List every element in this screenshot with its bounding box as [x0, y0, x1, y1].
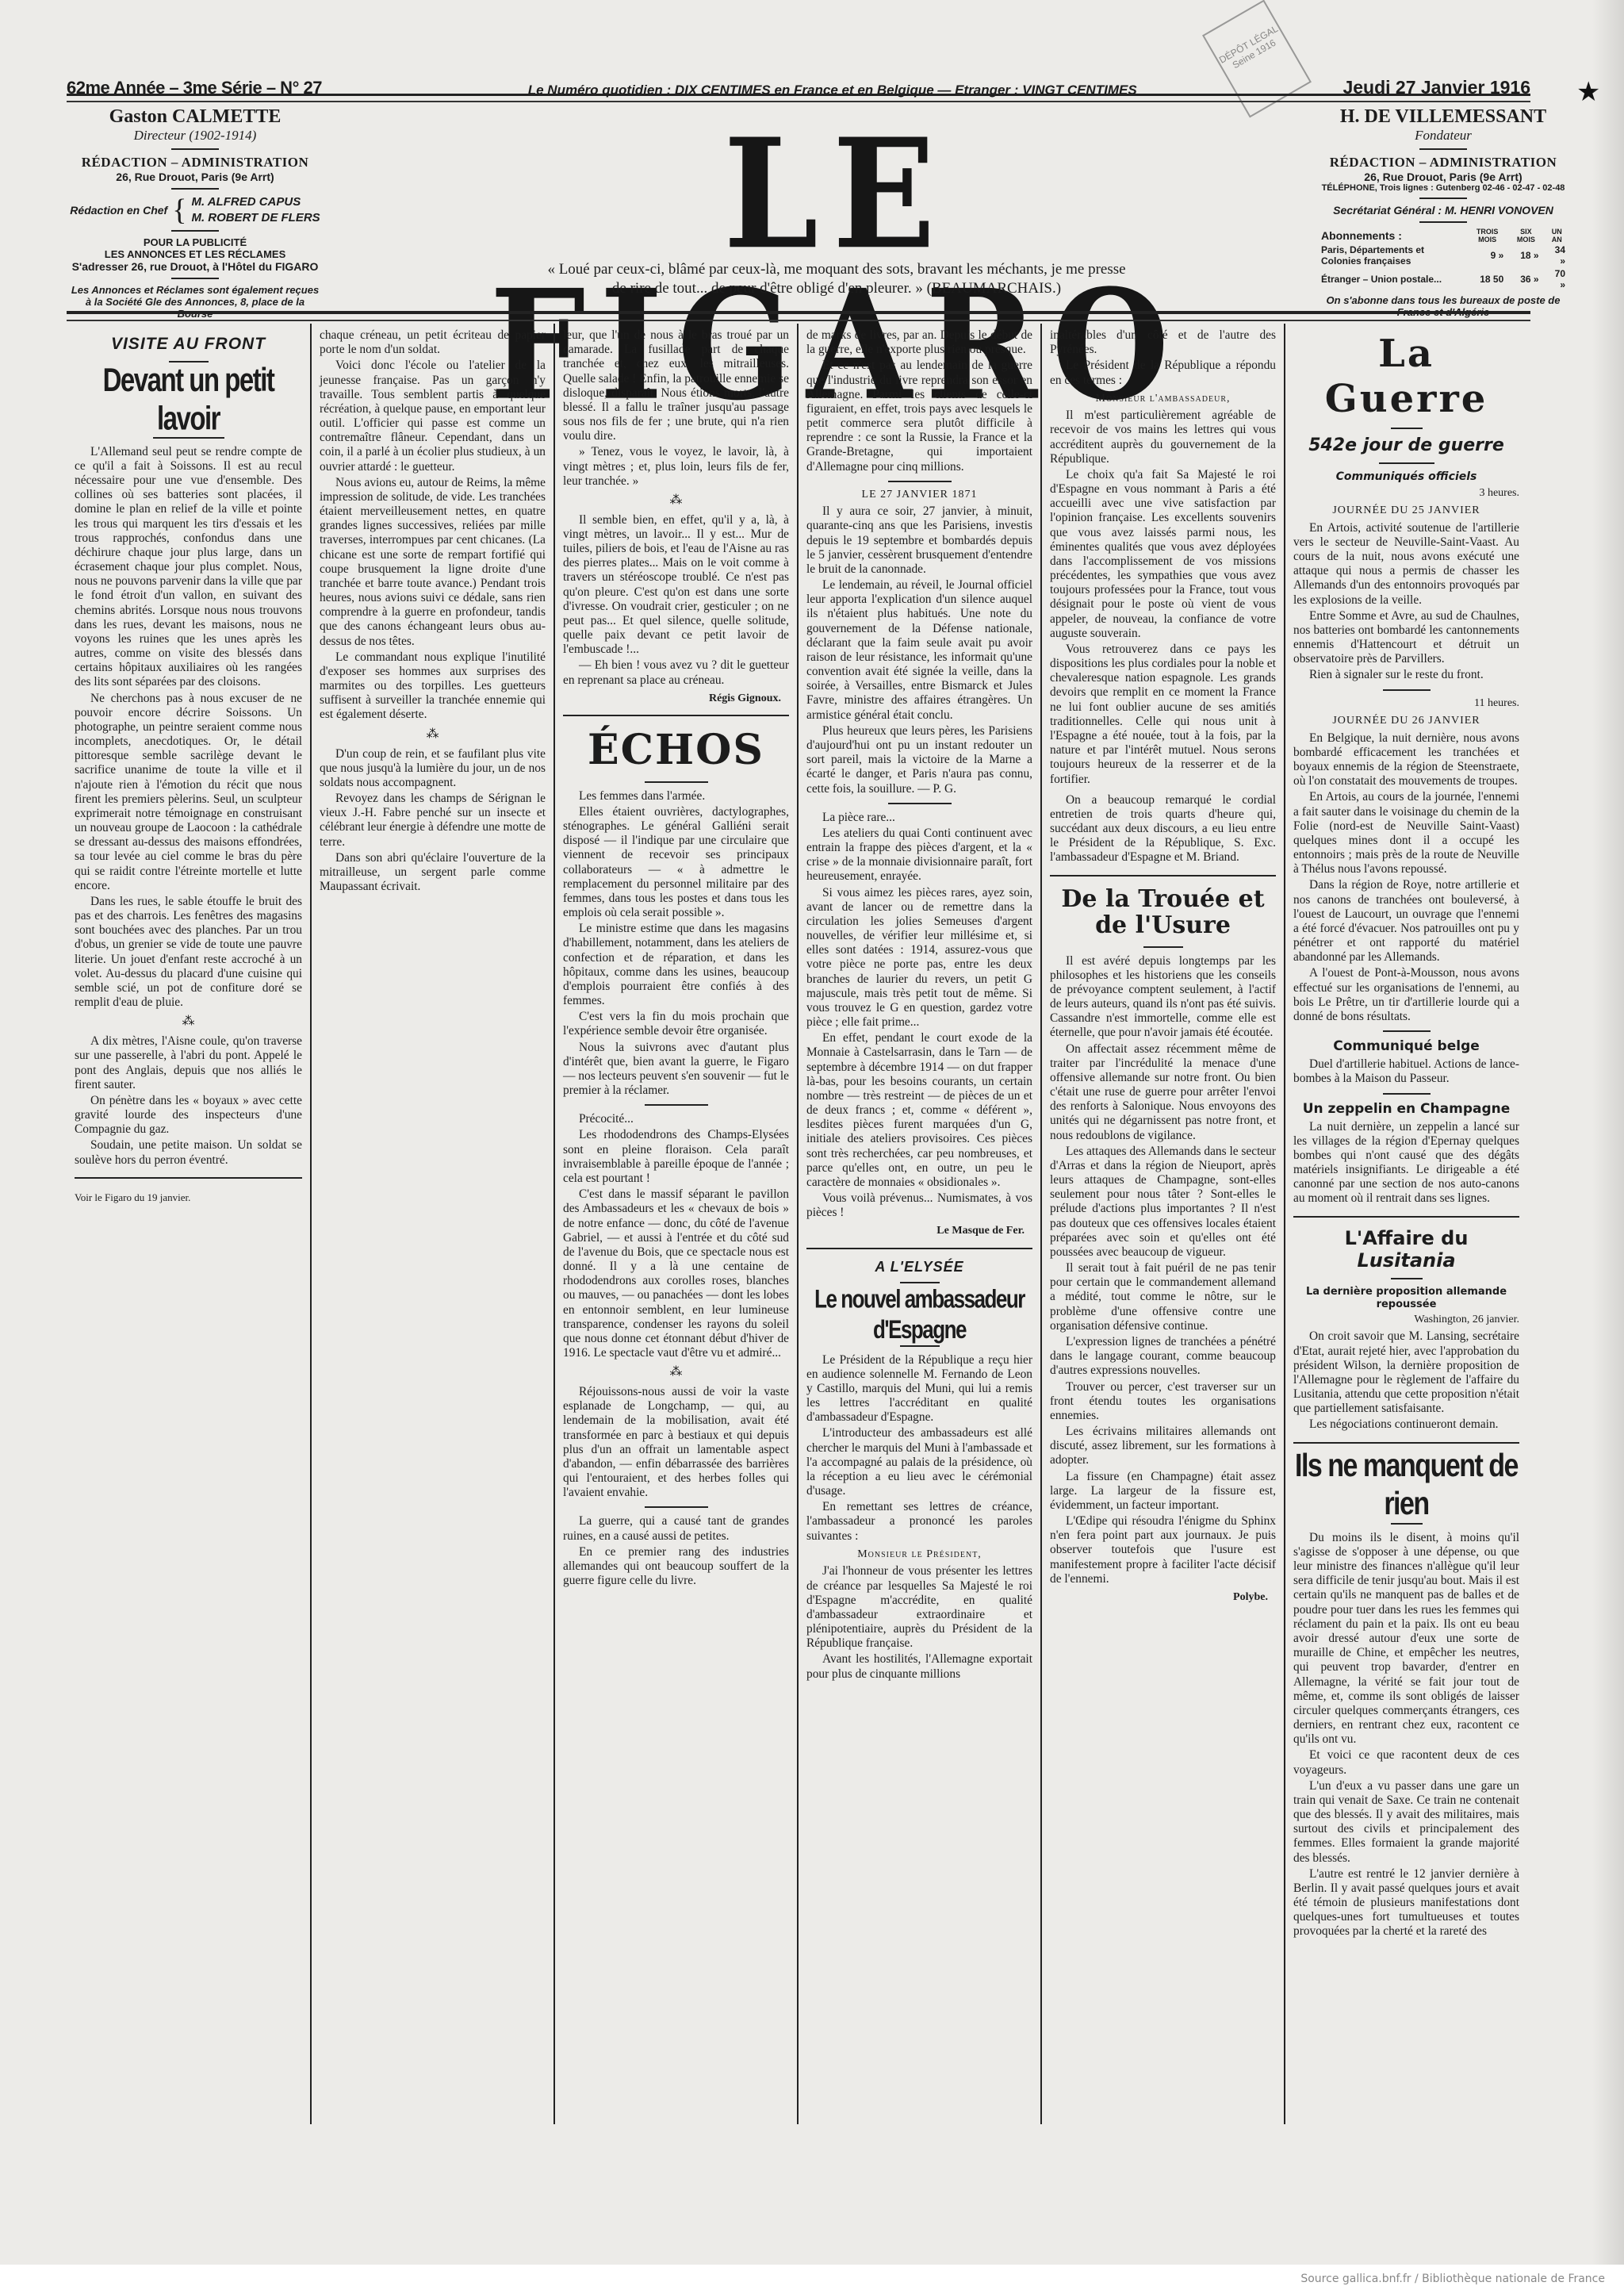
paragraph: En remettant ses lettres de créance, l'a…: [806, 1500, 1032, 1544]
cell: 18 50: [1466, 267, 1508, 291]
paragraph: En ce premier rang des industries allema…: [563, 1545, 789, 1589]
paragraph: D'un coup de rein, et se faufilant plus …: [320, 747, 546, 791]
paragraph: On pénètre dans les « boyaux » avec cett…: [75, 1094, 302, 1137]
article-headline: De la Trouée et de l'Usure: [1050, 886, 1276, 938]
headline-text: L'Affaire du: [1345, 1227, 1469, 1249]
paragraph: Vous voilà prévenus... Numismates, à vos…: [806, 1191, 1032, 1220]
article-headline: Devant un petit lavoir: [75, 361, 302, 438]
paragraph: Il serait tout à fait puéril de ne pas t…: [1050, 1261, 1276, 1333]
subhead-belgian-communique: Communiqué belge: [1293, 1038, 1519, 1054]
column-6: La Guerre 542e jour de guerre Communiqué…: [1284, 324, 1527, 2124]
column-4: de marks de livres, par an. Depuis le dé…: [797, 324, 1040, 2124]
ornament-divider: [171, 148, 219, 150]
paragraph: Nous la suivrons avec d'autant plus d'in…: [563, 1041, 789, 1099]
paragraph: L'expression lignes de tranchées a pénét…: [1050, 1335, 1276, 1379]
divider: [1391, 1278, 1423, 1279]
newspaper-page: DÉPÔT LÉGAL Seine 1916 62me Année – 3me …: [0, 0, 1624, 2265]
paragraph: » Tenez, vous le voyez, le lavoir, là, à…: [563, 445, 789, 489]
row-label: Étranger – Union postale...: [1316, 267, 1466, 291]
paragraph: A l'ouest de Pont-à-Mousson, nous avons …: [1293, 966, 1519, 1024]
address: 26, Rue Drouot, Paris (9e Arrt): [1316, 171, 1570, 183]
article-kicker: A L'ELYSÉE: [806, 1259, 1032, 1275]
star-icon: ★: [1576, 76, 1600, 108]
divider: [563, 715, 789, 716]
motto-line-2: de rire de tout... de peur d'être obligé…: [444, 279, 1229, 298]
paragraph: Trouver ou percer, c'est traverser sur u…: [1050, 1380, 1276, 1424]
paragraph: En Artois, au cours de la journée, l'enn…: [1293, 790, 1519, 876]
paragraph: En Belgique, la nuit dernière, nous avon…: [1293, 731, 1519, 789]
section-title-la-guerre: La Guerre: [1293, 332, 1519, 421]
column-2: chaque créneau, un petit écriteau de pap…: [310, 324, 553, 2124]
paragraph: leur, que l'un de nous à le bras troué p…: [563, 328, 789, 443]
redaction-label: RÉDACTION – ADMINISTRATION: [68, 155, 322, 171]
divider: [806, 1248, 1032, 1249]
divider: [1143, 946, 1183, 948]
paragraph: Il m'est particulièrement agréable de re…: [1050, 409, 1276, 466]
paragraph: Si vous aimez les pièces rares, ayez soi…: [806, 886, 1032, 1030]
row-label: Paris, Départements et Colonies français…: [1316, 244, 1466, 267]
col-header: TROIS MOIS: [1466, 228, 1508, 244]
communique-date: JOURNÉE DU 26 JANVIER: [1293, 715, 1519, 728]
salutation: Monsieur l'ambassadeur,: [1050, 393, 1276, 406]
paragraph: Avant les hostilités, l'Allemagne export…: [806, 1652, 1032, 1681]
asterism-icon: ⁂: [563, 1365, 789, 1380]
paragraph: Il est avéré depuis longtemps par les ph…: [1050, 954, 1276, 1041]
brace-icon: {: [172, 195, 186, 225]
ornament-divider: [171, 278, 219, 279]
asterism-icon: ⁂: [563, 493, 789, 508]
paragraph: On a beaucoup remarqué le cordial entret…: [1050, 793, 1276, 865]
divider: [888, 481, 952, 482]
paragraph: L'Œdipe qui résoudra l'énigme du Sphinx …: [1050, 1514, 1276, 1586]
paragraph: C'est dans le massif séparant le pavillo…: [563, 1187, 789, 1360]
paragraph: La fissure (en Champagne) était assez la…: [1050, 1470, 1276, 1513]
cell: 36 »: [1508, 267, 1543, 291]
paragraph: Les négociations continueront demain.: [1293, 1417, 1519, 1432]
echo-subhead: LE 27 JANVIER 1871: [806, 489, 1032, 502]
paragraph: Ne cherchons pas à nous excuser de ne po…: [75, 692, 302, 893]
chief-editor-1: M. ALFRED CAPUS: [191, 194, 320, 210]
echo-title: Précocité...: [563, 1112, 789, 1126]
paragraph: Le commandant nous explique l'inutilité …: [320, 650, 546, 723]
paragraph: La guerre, qui a causé tant de grandes r…: [563, 1514, 789, 1543]
communique-time: 11 heures.: [1293, 697, 1519, 711]
divider: [645, 781, 708, 783]
paragraph: Les ateliers du quai Conti continuent av…: [806, 827, 1032, 884]
paragraph: En effet, pendant le court exode de la M…: [806, 1031, 1032, 1190]
publicity-line-3: S'adresser 26, rue Drouot, à l'Hôtel du …: [68, 260, 322, 273]
paragraph: Plus heureux que leurs pères, les Parisi…: [806, 724, 1032, 796]
redaction-label: RÉDACTION – ADMINISTRATION: [1316, 155, 1570, 171]
ornament-divider: [1419, 198, 1467, 199]
echo-title: La pièce rare...: [806, 811, 1032, 825]
paragraph: — Eh bien ! vous avez vu ? dit le guette…: [563, 658, 789, 687]
paragraph: inaltérables d'un côté et de l'autre des…: [1050, 328, 1276, 357]
secretariat: Secrétariat Général : M. HENRI VONOVEN: [1316, 204, 1570, 217]
asterism-icon: ⁂: [320, 727, 546, 742]
table-row: Paris, Départements et Colonies français…: [1316, 244, 1570, 267]
chief-editor-2: M. ROBERT DE FLERS: [191, 210, 320, 226]
paragraph: Dans la région de Roye, notre artillerie…: [1293, 878, 1519, 965]
article-kicker: VISITE AU FRONT: [75, 335, 302, 355]
paragraph: Il y aura ce soir, 27 janvier, à minuit,…: [806, 504, 1032, 577]
cell: 9 »: [1466, 244, 1508, 267]
echo-title: Les femmes dans l'armée.: [563, 789, 789, 804]
communique-time: 3 heures.: [1293, 487, 1519, 501]
paragraph: Du moins ils le disent, à moins qu'il s'…: [1293, 1531, 1519, 1747]
author-signature: Le Masque de Fer.: [806, 1225, 1025, 1238]
col-header: SIX MOIS: [1508, 228, 1543, 244]
article-headline: Le nouvel ambassadeur d'Espagne: [806, 1284, 1032, 1345]
paragraph: Les attaques des Allemands dans le secte…: [1050, 1145, 1276, 1260]
paragraph: de marks de livres, par an. Depuis le dé…: [806, 328, 1032, 357]
paragraph: Soudain, une petite maison. Un soldat se…: [75, 1138, 302, 1167]
paragraph: Rien à signaler sur le reste du front.: [1293, 668, 1519, 682]
paragraph: Et voici ce que racontent deux de ces vo…: [1293, 1748, 1519, 1777]
source-credit: Source gallica.bnf.fr / Bibliothèque nat…: [1300, 2273, 1605, 2285]
cell: 34 »: [1544, 244, 1570, 267]
cell: 70 »: [1544, 267, 1570, 291]
paragraph: L'introducteur des ambassadeurs est allé…: [806, 1426, 1032, 1498]
divider: [645, 1104, 708, 1106]
communique-date: JOURNÉE DU 25 JANVIER: [1293, 504, 1519, 518]
subscription-label: Abonnements :: [1316, 228, 1466, 244]
paragraph: Les rhododendrons des Champs-Elysées son…: [563, 1128, 789, 1186]
salutation: Monsieur le Président,: [806, 1548, 1032, 1562]
divider: [888, 803, 952, 804]
paragraph: A dix mètres, l'Aisne coule, qu'on trave…: [75, 1034, 302, 1092]
paragraph: On croit savoir que M. Lansing, secrétai…: [1293, 1329, 1519, 1416]
motto-line-1: « Loué par ceux-ci, blâmé par ceux-là, m…: [444, 260, 1229, 279]
column-5: inaltérables d'un côté et de l'autre des…: [1040, 324, 1284, 2124]
paragraph: Duel d'artillerie habituel. Actions de l…: [1293, 1057, 1519, 1086]
paragraph: Il semble bien, en effet, qu'il y a, là,…: [563, 513, 789, 658]
address: 26, Rue Drouot, Paris (9e Arrt): [68, 171, 322, 183]
paragraph: Dans son abri qu'éclaire l'ouverture de …: [320, 851, 546, 895]
divider: [1383, 1093, 1431, 1095]
chief-editors: Rédaction en Chef { M. ALFRED CAPUS M. R…: [68, 194, 322, 225]
paragraph: Le choix qu'a fait Sa Majesté le roi d'E…: [1050, 468, 1276, 641]
motto: « Loué par ceux-ci, blâmé par ceux-là, m…: [444, 260, 1229, 298]
paragraph: chaque créneau, un petit écriteau de pap…: [320, 328, 546, 357]
director-name: Gaston CALMETTE: [68, 106, 322, 128]
publicity-line-1: POUR LA PUBLICITÉ: [68, 236, 322, 248]
telephone: TÉLÉPHONE, Trois lignes : Gutenberg 02-4…: [1316, 183, 1570, 193]
divider: [645, 1506, 708, 1508]
paragraph: L'Allemand seul peut se rendre compte de…: [75, 445, 302, 690]
paragraph: On affectait assez récemment même de tra…: [1050, 1042, 1276, 1143]
top-rule: [67, 94, 1530, 102]
author-signature: Régis Gignoux.: [563, 692, 781, 706]
paragraph: L'un d'eux a vu passer dans une gare un …: [1293, 1779, 1519, 1866]
column-3: leur, que l'un de nous à le bras troué p…: [553, 324, 797, 2124]
paragraph: Le lendemain, au réveil, le Journal offi…: [806, 578, 1032, 723]
masthead-left-box: Gaston CALMETTE Directeur (1902-1914) RÉ…: [68, 106, 322, 320]
paragraph: La nuit dernière, un zeppelin a lancé su…: [1293, 1120, 1519, 1206]
ornament-divider: [171, 230, 219, 232]
table-row: Étranger – Union postale... 18 50 36 » 7…: [1316, 267, 1570, 291]
cell: 18 »: [1508, 244, 1543, 267]
paragraph: J'ai l'honneur de vous présenter les let…: [806, 1564, 1032, 1651]
chief-editors-label: Rédaction en Chef: [70, 204, 167, 217]
section-title-echos: ÉCHOS: [563, 726, 789, 774]
paragraph: Nous avions eu, autour de Reims, la même…: [320, 476, 546, 649]
masthead-right-box: H. DE VILLEMESSANT Fondateur RÉDACTION –…: [1316, 106, 1570, 318]
founder-name: H. DE VILLEMESSANT: [1316, 106, 1570, 128]
article-subheadline: La dernière proposition allemande repous…: [1293, 1286, 1519, 1310]
columns: VISITE AU FRONT Devant un petit lavoir L…: [67, 324, 1530, 2124]
ornament-divider: [171, 188, 219, 190]
communiques-label: Communiqués officiels: [1293, 470, 1519, 484]
divider: [1379, 462, 1434, 464]
divider: [75, 1177, 302, 1179]
paragraph: Revoyez dans les champs de Sérignan le v…: [320, 792, 546, 850]
divider: [1050, 875, 1276, 876]
paragraph: L'autre est rentré le 12 janvier dernièr…: [1293, 1867, 1519, 1939]
paragraph: Elles étaient ouvrières, dactylographes,…: [563, 805, 789, 920]
article-headline: Ils ne manquent de rien: [1293, 1447, 1519, 1523]
subhead-zeppelin: Un zeppelin en Champagne: [1293, 1101, 1519, 1117]
paragraph: C'est vers la fin du mois prochain que l…: [563, 1010, 789, 1038]
article-headline: L'Affaire du Lusitania: [1293, 1227, 1519, 1272]
footnote: Voir le Figaro du 19 janvier.: [75, 1191, 302, 1203]
masthead-rule: [67, 311, 1530, 321]
paragraph: Le Président de la République a répondu …: [1050, 359, 1276, 387]
divider: [900, 1345, 940, 1347]
paragraph: Entre Somme et Avre, au sud de Chaulnes,…: [1293, 609, 1519, 667]
paragraph: Les écrivains militaires allemands ont d…: [1050, 1425, 1276, 1468]
ornament-divider: [1419, 221, 1467, 223]
paragraph: Dans les rues, le sable étouffe le bruit…: [75, 895, 302, 1010]
war-day-count: 542e jour de guerre: [1293, 435, 1519, 456]
director-role: Directeur (1902-1914): [68, 128, 322, 144]
paragraph: Le ministre estime que dans les magasins…: [563, 922, 789, 1008]
col-header: UN AN: [1544, 228, 1570, 244]
subscription-table: Abonnements : TROIS MOIS SIX MOIS UN AN …: [1316, 228, 1570, 291]
divider: [1383, 1030, 1431, 1032]
divider: [1293, 1442, 1519, 1444]
ornament-divider: [1419, 148, 1467, 150]
paragraph: Et ce n'est pas au lendemain de la guerr…: [806, 359, 1032, 474]
publicity-line-2: LES ANNONCES ET LES RÉCLAMES: [68, 248, 322, 260]
dateline: Washington, 26 janvier.: [1293, 1314, 1519, 1327]
paragraph: En Artois, activité soutenue de l'artill…: [1293, 521, 1519, 608]
column-1: VISITE AU FRONT Devant un petit lavoir L…: [67, 324, 310, 2124]
divider: [1391, 428, 1423, 429]
founder-role: Fondateur: [1316, 128, 1570, 144]
headline-ship-name: Lusitania: [1357, 1249, 1455, 1272]
asterism-icon: ⁂: [75, 1015, 302, 1030]
divider: [1293, 1216, 1519, 1218]
paragraph: Réjouissons-nous aussi de voir la vaste …: [563, 1385, 789, 1500]
paragraph: Voici donc l'école ou l'atelier de la je…: [320, 359, 546, 474]
paragraph: Vous retrouverez dans ce pays les dispos…: [1050, 643, 1276, 787]
paragraph: Le Président de la République a reçu hie…: [806, 1353, 1032, 1425]
author-signature: Polybe.: [1050, 1591, 1268, 1605]
divider: [1383, 689, 1431, 691]
